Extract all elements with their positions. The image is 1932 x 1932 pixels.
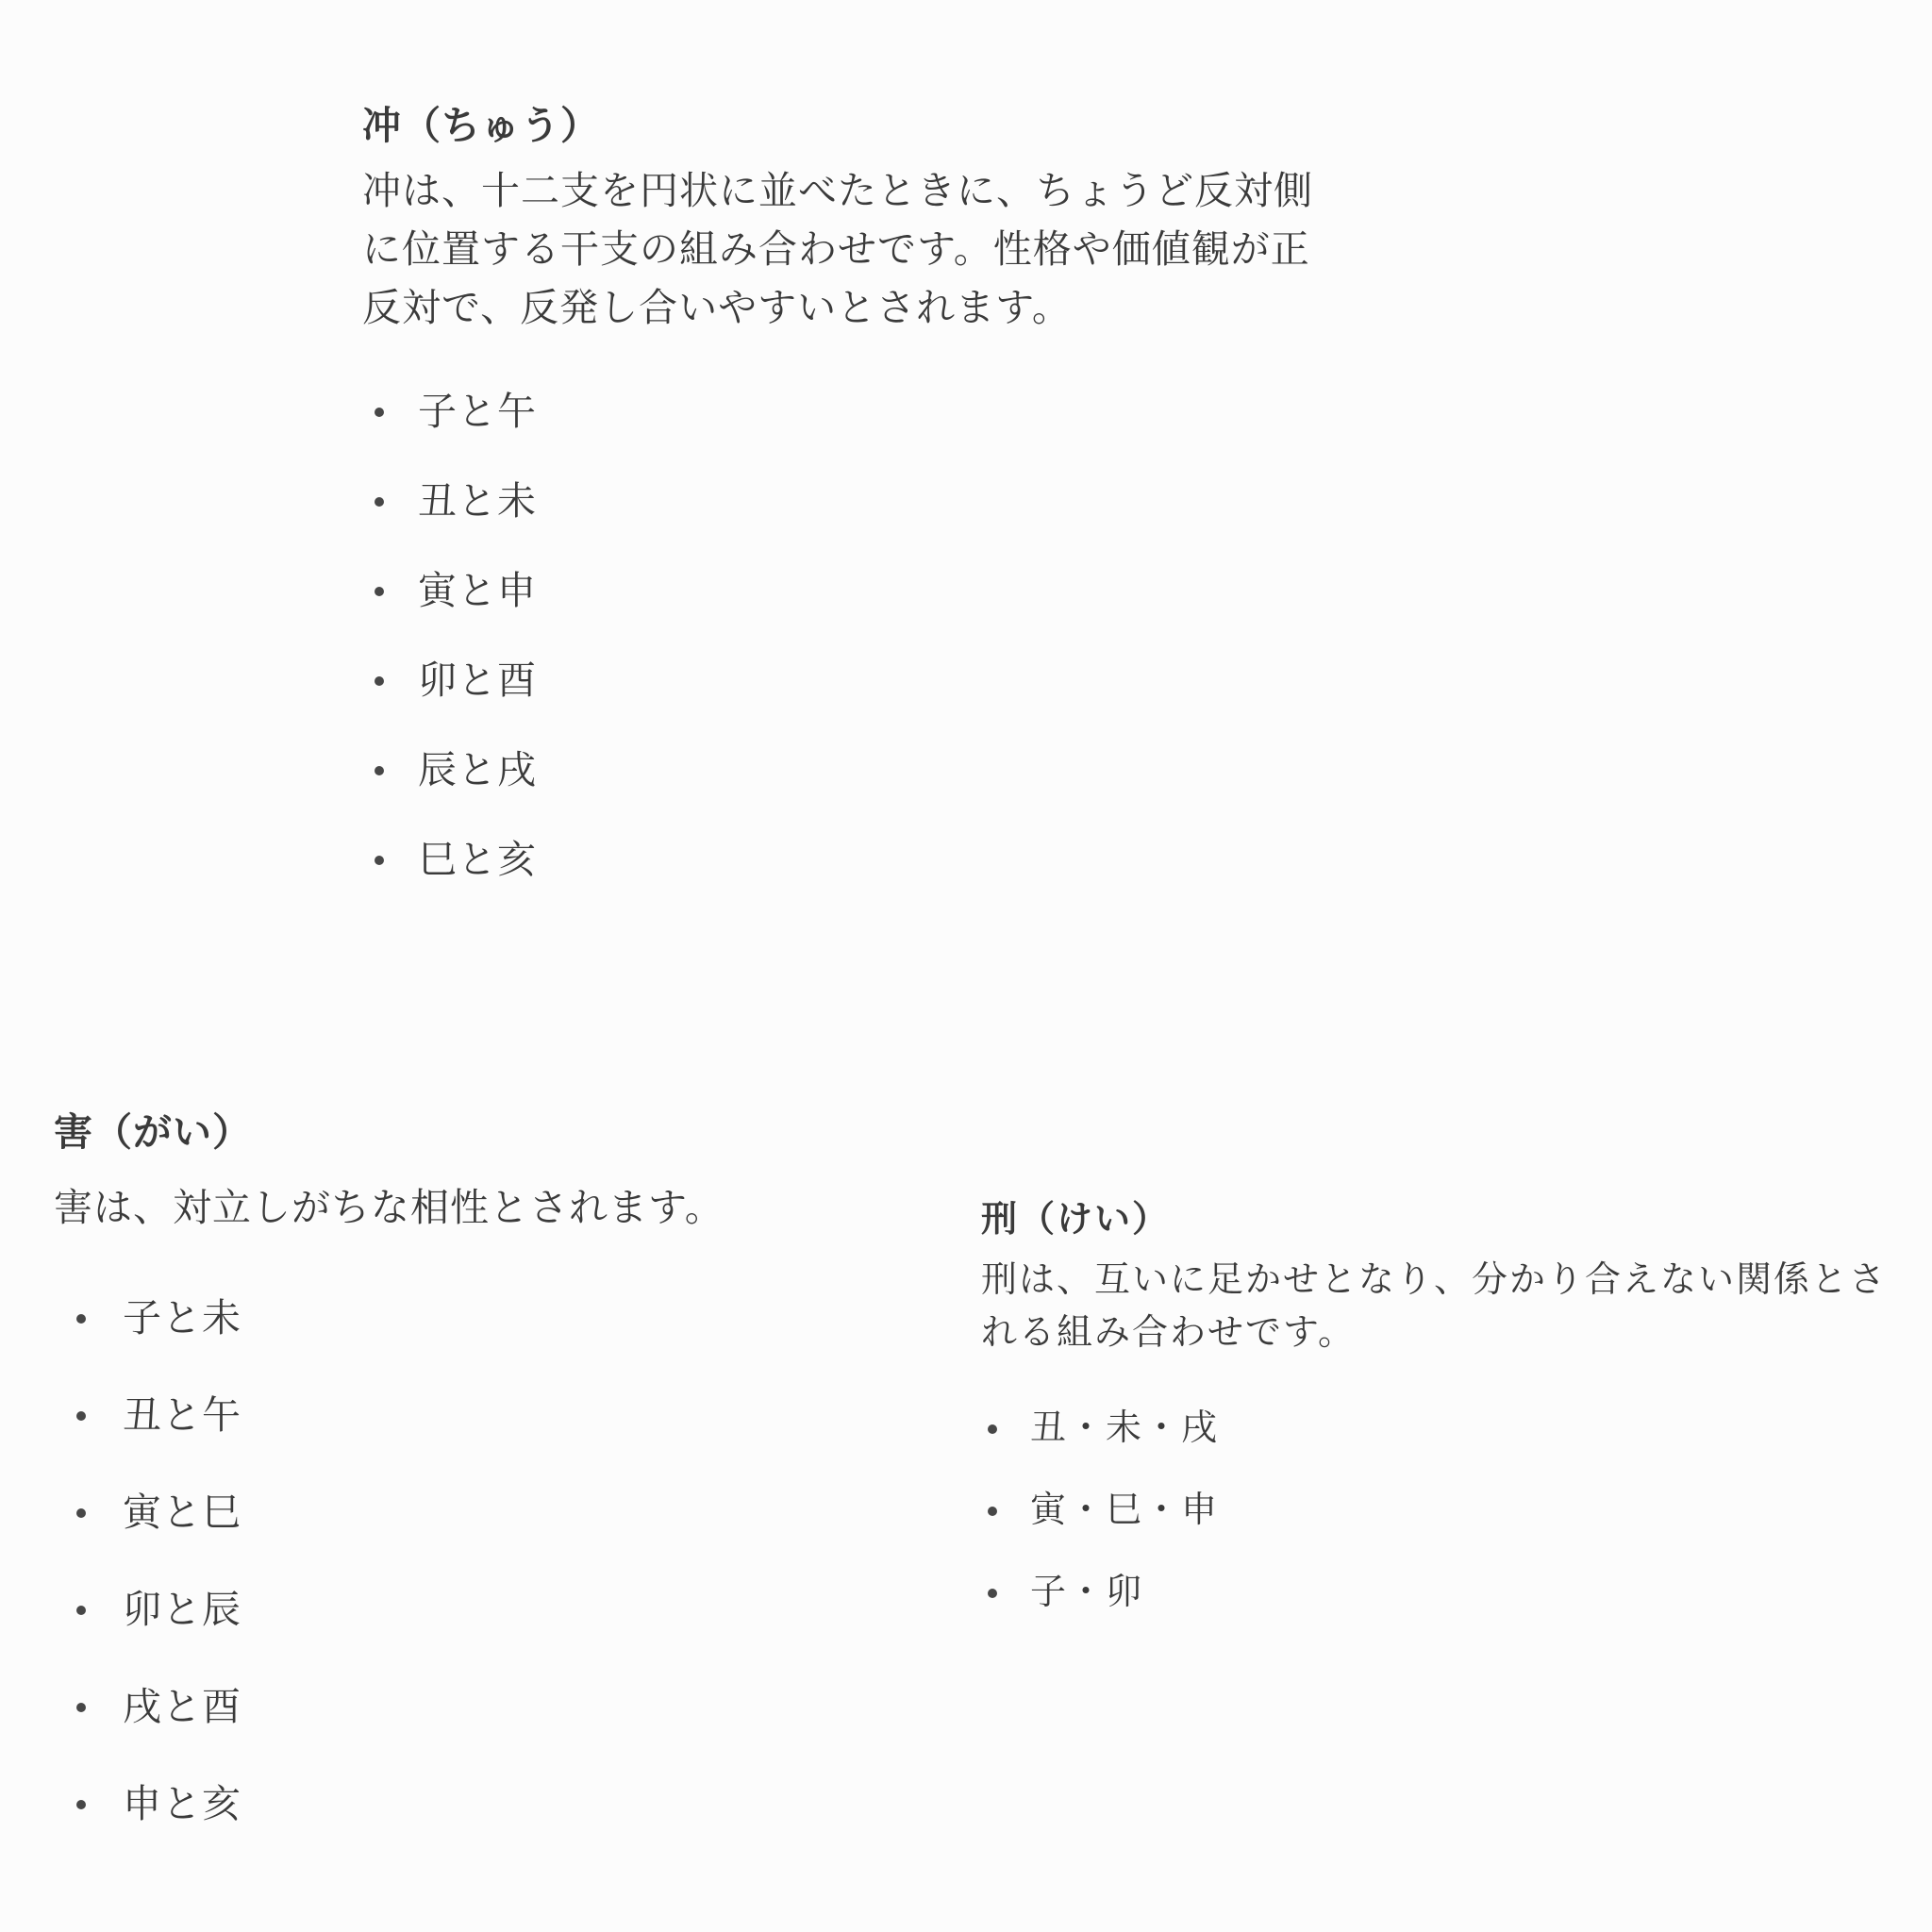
kei-group-list: 丑・未・戌 寅・巳・申 子・卯 [981,1388,1924,1634]
chu-pair-list: 子と午 丑と未 寅と申 卯と酉 辰と戌 巳と亥 [362,367,1494,905]
list-item-label: 寅と申 [418,546,537,636]
list-item: 巳と亥 [362,815,1494,905]
chu-paragraph-line: 反対で、反発し合いやすいとされます。 [362,278,1494,337]
list-item: 子と未 [54,1270,903,1367]
list-item-label: 戌と酉 [123,1658,241,1756]
list-item: 子・卯 [981,1552,1924,1634]
gai-paragraph: 害は、対立しがちな相性とされます。 [54,1178,903,1237]
zodiac-compatibility-document: 冲（ちゅう） 冲は、十二支を円状に並べたときに、ちょうど反対側 に位置する干支の… [0,0,1932,1932]
list-item: 丑と午 [54,1367,903,1464]
list-item: 丑と未 [362,457,1494,546]
list-item: 寅と申 [362,546,1494,636]
kei-paragraph: 刑は、互いに足かせとなり、分かり合えない関係とさ れる組み合わせです。 [981,1254,1924,1359]
list-item: 申と亥 [54,1756,903,1853]
bullet-dot-icon [375,587,384,596]
list-item: 卯と辰 [54,1561,903,1658]
bullet-dot-icon [76,1800,86,1809]
section-chu: 冲（ちゅう） 冲は、十二支を円状に並べたときに、ちょうど反対側 に位置する干支の… [362,102,1494,905]
chu-paragraph-line: 冲は、十二支を円状に並べたときに、ちょうど反対側 [362,161,1494,220]
bullet-dot-icon [988,1589,997,1598]
bullet-dot-icon [375,408,384,417]
gai-heading: 害（がい） [54,1108,903,1156]
chu-paragraph: 冲は、十二支を円状に並べたときに、ちょうど反対側 に位置する干支の組み合わせです… [362,161,1494,337]
list-item-label: 申と亥 [123,1756,241,1853]
bullet-dot-icon [76,1314,86,1324]
chu-heading: 冲（ちゅう） [362,102,1494,149]
kei-paragraph-line: 刑は、互いに足かせとなり、分かり合えない関係とさ [981,1254,1924,1307]
list-item-label: 丑と午 [123,1367,241,1464]
list-item: 寅・巳・申 [981,1470,1924,1552]
chu-paragraph-line: に位置する干支の組み合わせです。性格や価値観が正 [362,220,1494,278]
bullet-dot-icon [76,1411,86,1421]
gai-paragraph-line: 害は、対立しがちな相性とされます。 [54,1178,903,1237]
list-item-label: 卯と酉 [418,636,537,725]
bullet-dot-icon [988,1424,997,1434]
list-item: 寅と巳 [54,1464,903,1561]
list-item: 戌と酉 [54,1658,903,1756]
section-kei: 刑（けい） 刑は、互いに足かせとなり、分かり合えない関係とさ れる組み合わせです… [981,1198,1924,1634]
bullet-dot-icon [76,1703,86,1712]
list-item-label: 巳と亥 [418,815,537,905]
list-item: 辰と戌 [362,725,1494,815]
list-item-label: 子・卯 [1030,1552,1143,1634]
bullet-dot-icon [375,497,384,507]
list-item: 丑・未・戌 [981,1388,1924,1470]
list-item-label: 卯と辰 [123,1561,241,1658]
gai-pair-list: 子と未 丑と午 寅と巳 卯と辰 戌と酉 申と亥 [54,1270,903,1853]
list-item-label: 丑・未・戌 [1030,1388,1219,1470]
list-item-label: 子と午 [418,367,537,457]
list-item-label: 丑と未 [418,457,537,546]
bullet-dot-icon [375,766,384,775]
list-item: 子と午 [362,367,1494,457]
list-item-label: 寅・巳・申 [1030,1470,1219,1552]
list-item: 卯と酉 [362,636,1494,725]
bullet-dot-icon [375,856,384,865]
list-item-label: 子と未 [123,1270,241,1367]
bullet-dot-icon [76,1606,86,1615]
kei-heading: 刑（けい） [981,1198,1924,1241]
bullet-dot-icon [76,1508,86,1518]
bullet-dot-icon [375,676,384,686]
bullet-dot-icon [988,1507,997,1516]
list-item-label: 辰と戌 [418,725,537,815]
kei-paragraph-line: れる組み合わせです。 [981,1307,1924,1359]
section-gai: 害（がい） 害は、対立しがちな相性とされます。 子と未 丑と午 寅と巳 卯と辰 … [54,1108,903,1853]
list-item-label: 寅と巳 [123,1464,241,1561]
